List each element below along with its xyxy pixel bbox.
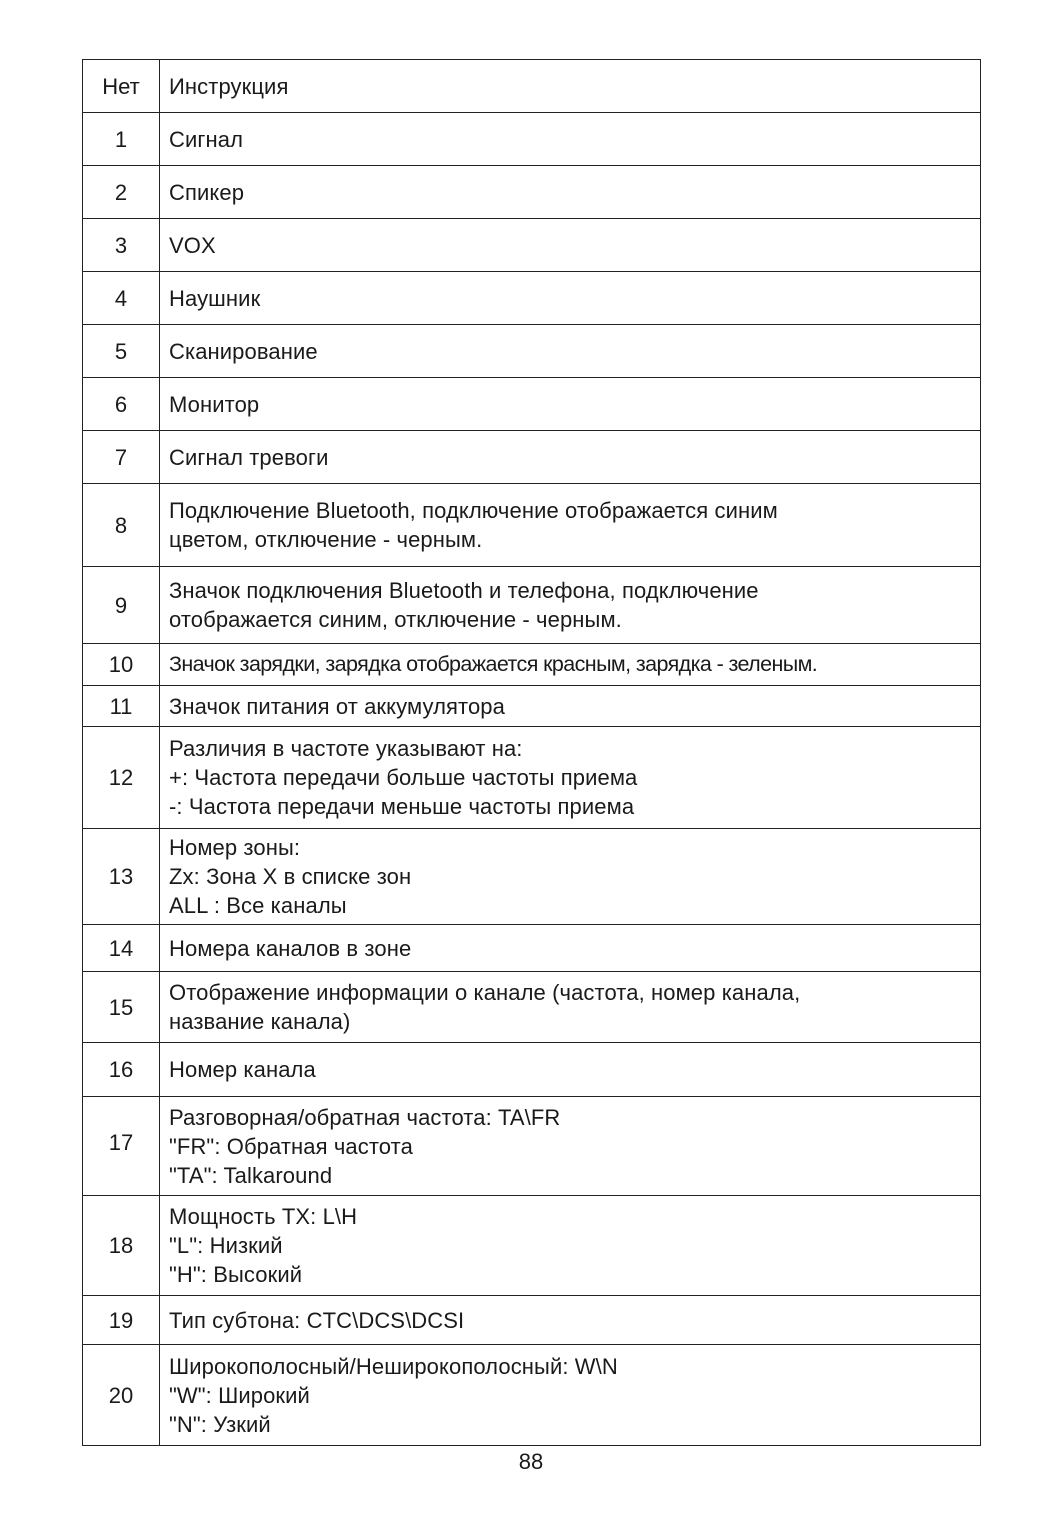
row-text: Сигнал тревоги [160,431,981,484]
table-row: 10 Значок зарядки, зарядка отображается … [83,644,981,686]
row-text: Номер зоны: Zx: Зона X в списке зон ALL … [160,829,981,925]
row-text: Различия в частоте указывают на: +: Част… [160,727,981,829]
table-header-row: Нет Инструкция [83,60,981,113]
row-text: Значок подключения Bluetooth и телефона,… [160,567,981,644]
table-row: 16 Номер канала [83,1043,981,1097]
row-number: 17 [83,1097,160,1196]
row-text: Наушник [160,272,981,325]
row-number: 18 [83,1196,160,1296]
table-row: 18 Мощность TX: L\H "L": Низкий "H": Выс… [83,1196,981,1296]
table-row: 8 Подключение Bluetooth, подключение ото… [83,484,981,567]
table-row: 14 Номера каналов в зоне [83,925,981,972]
row-text: Мощность TX: L\H "L": Низкий "H": Высоки… [160,1196,981,1296]
row-text: Подключение Bluetooth, подключение отобр… [160,484,981,567]
table-row: 3 VOX [83,219,981,272]
row-number: 14 [83,925,160,972]
page-number: 88 [0,1449,1062,1475]
row-text: Широкополосный/Неширокополосный: W\N "W"… [160,1345,981,1446]
table-row: 5 Сканирование [83,325,981,378]
row-text: Номер канала [160,1043,981,1097]
header-number: Нет [83,60,160,113]
row-number: 12 [83,727,160,829]
row-text: Сканирование [160,325,981,378]
table-row: 20 Широкополосный/Неширокополосный: W\N … [83,1345,981,1446]
row-number: 16 [83,1043,160,1097]
table-row: 19 Тип субтона: CTC\DCS\DCSI [83,1296,981,1345]
table-row: 12 Различия в частоте указывают на: +: Ч… [83,727,981,829]
row-text: VOX [160,219,981,272]
row-number: 15 [83,972,160,1043]
table-row: 11 Значок питания от аккумулятора [83,686,981,727]
table-row: 6 Монитор [83,378,981,431]
table-row: 17 Разговорная/обратная частота: TA\FR "… [83,1097,981,1196]
row-text: Спикер [160,166,981,219]
row-text: Монитор [160,378,981,431]
row-number: 9 [83,567,160,644]
row-number: 11 [83,686,160,727]
table-row: 7 Сигнал тревоги [83,431,981,484]
header-instruction: Инструкция [160,60,981,113]
row-number: 10 [83,644,160,686]
row-text: Отображение информации о канале (частота… [160,972,981,1043]
table-row: 2 Спикер [83,166,981,219]
table-row: 9 Значок подключения Bluetooth и телефон… [83,567,981,644]
row-number: 8 [83,484,160,567]
row-number: 1 [83,113,160,166]
row-number: 20 [83,1345,160,1446]
row-number: 5 [83,325,160,378]
row-text: Значок питания от аккумулятора [160,686,981,727]
instruction-table: Нет Инструкция 1 Сигнал 2 Спикер 3 VOX 4… [82,59,981,1446]
table-row: 15 Отображение информации о канале (част… [83,972,981,1043]
table-row: 4 Наушник [83,272,981,325]
table-row: 13 Номер зоны: Zx: Зона X в списке зон A… [83,829,981,925]
row-number: 19 [83,1296,160,1345]
row-text: Номера каналов в зоне [160,925,981,972]
row-number: 3 [83,219,160,272]
row-number: 13 [83,829,160,925]
row-number: 2 [83,166,160,219]
row-text: Разговорная/обратная частота: TA\FR "FR"… [160,1097,981,1196]
row-text: Значок зарядки, зарядка отображается кра… [160,644,981,686]
row-text: Тип субтона: CTC\DCS\DCSI [160,1296,981,1345]
row-number: 4 [83,272,160,325]
row-text: Сигнал [160,113,981,166]
table-row: 1 Сигнал [83,113,981,166]
row-number: 6 [83,378,160,431]
row-number: 7 [83,431,160,484]
